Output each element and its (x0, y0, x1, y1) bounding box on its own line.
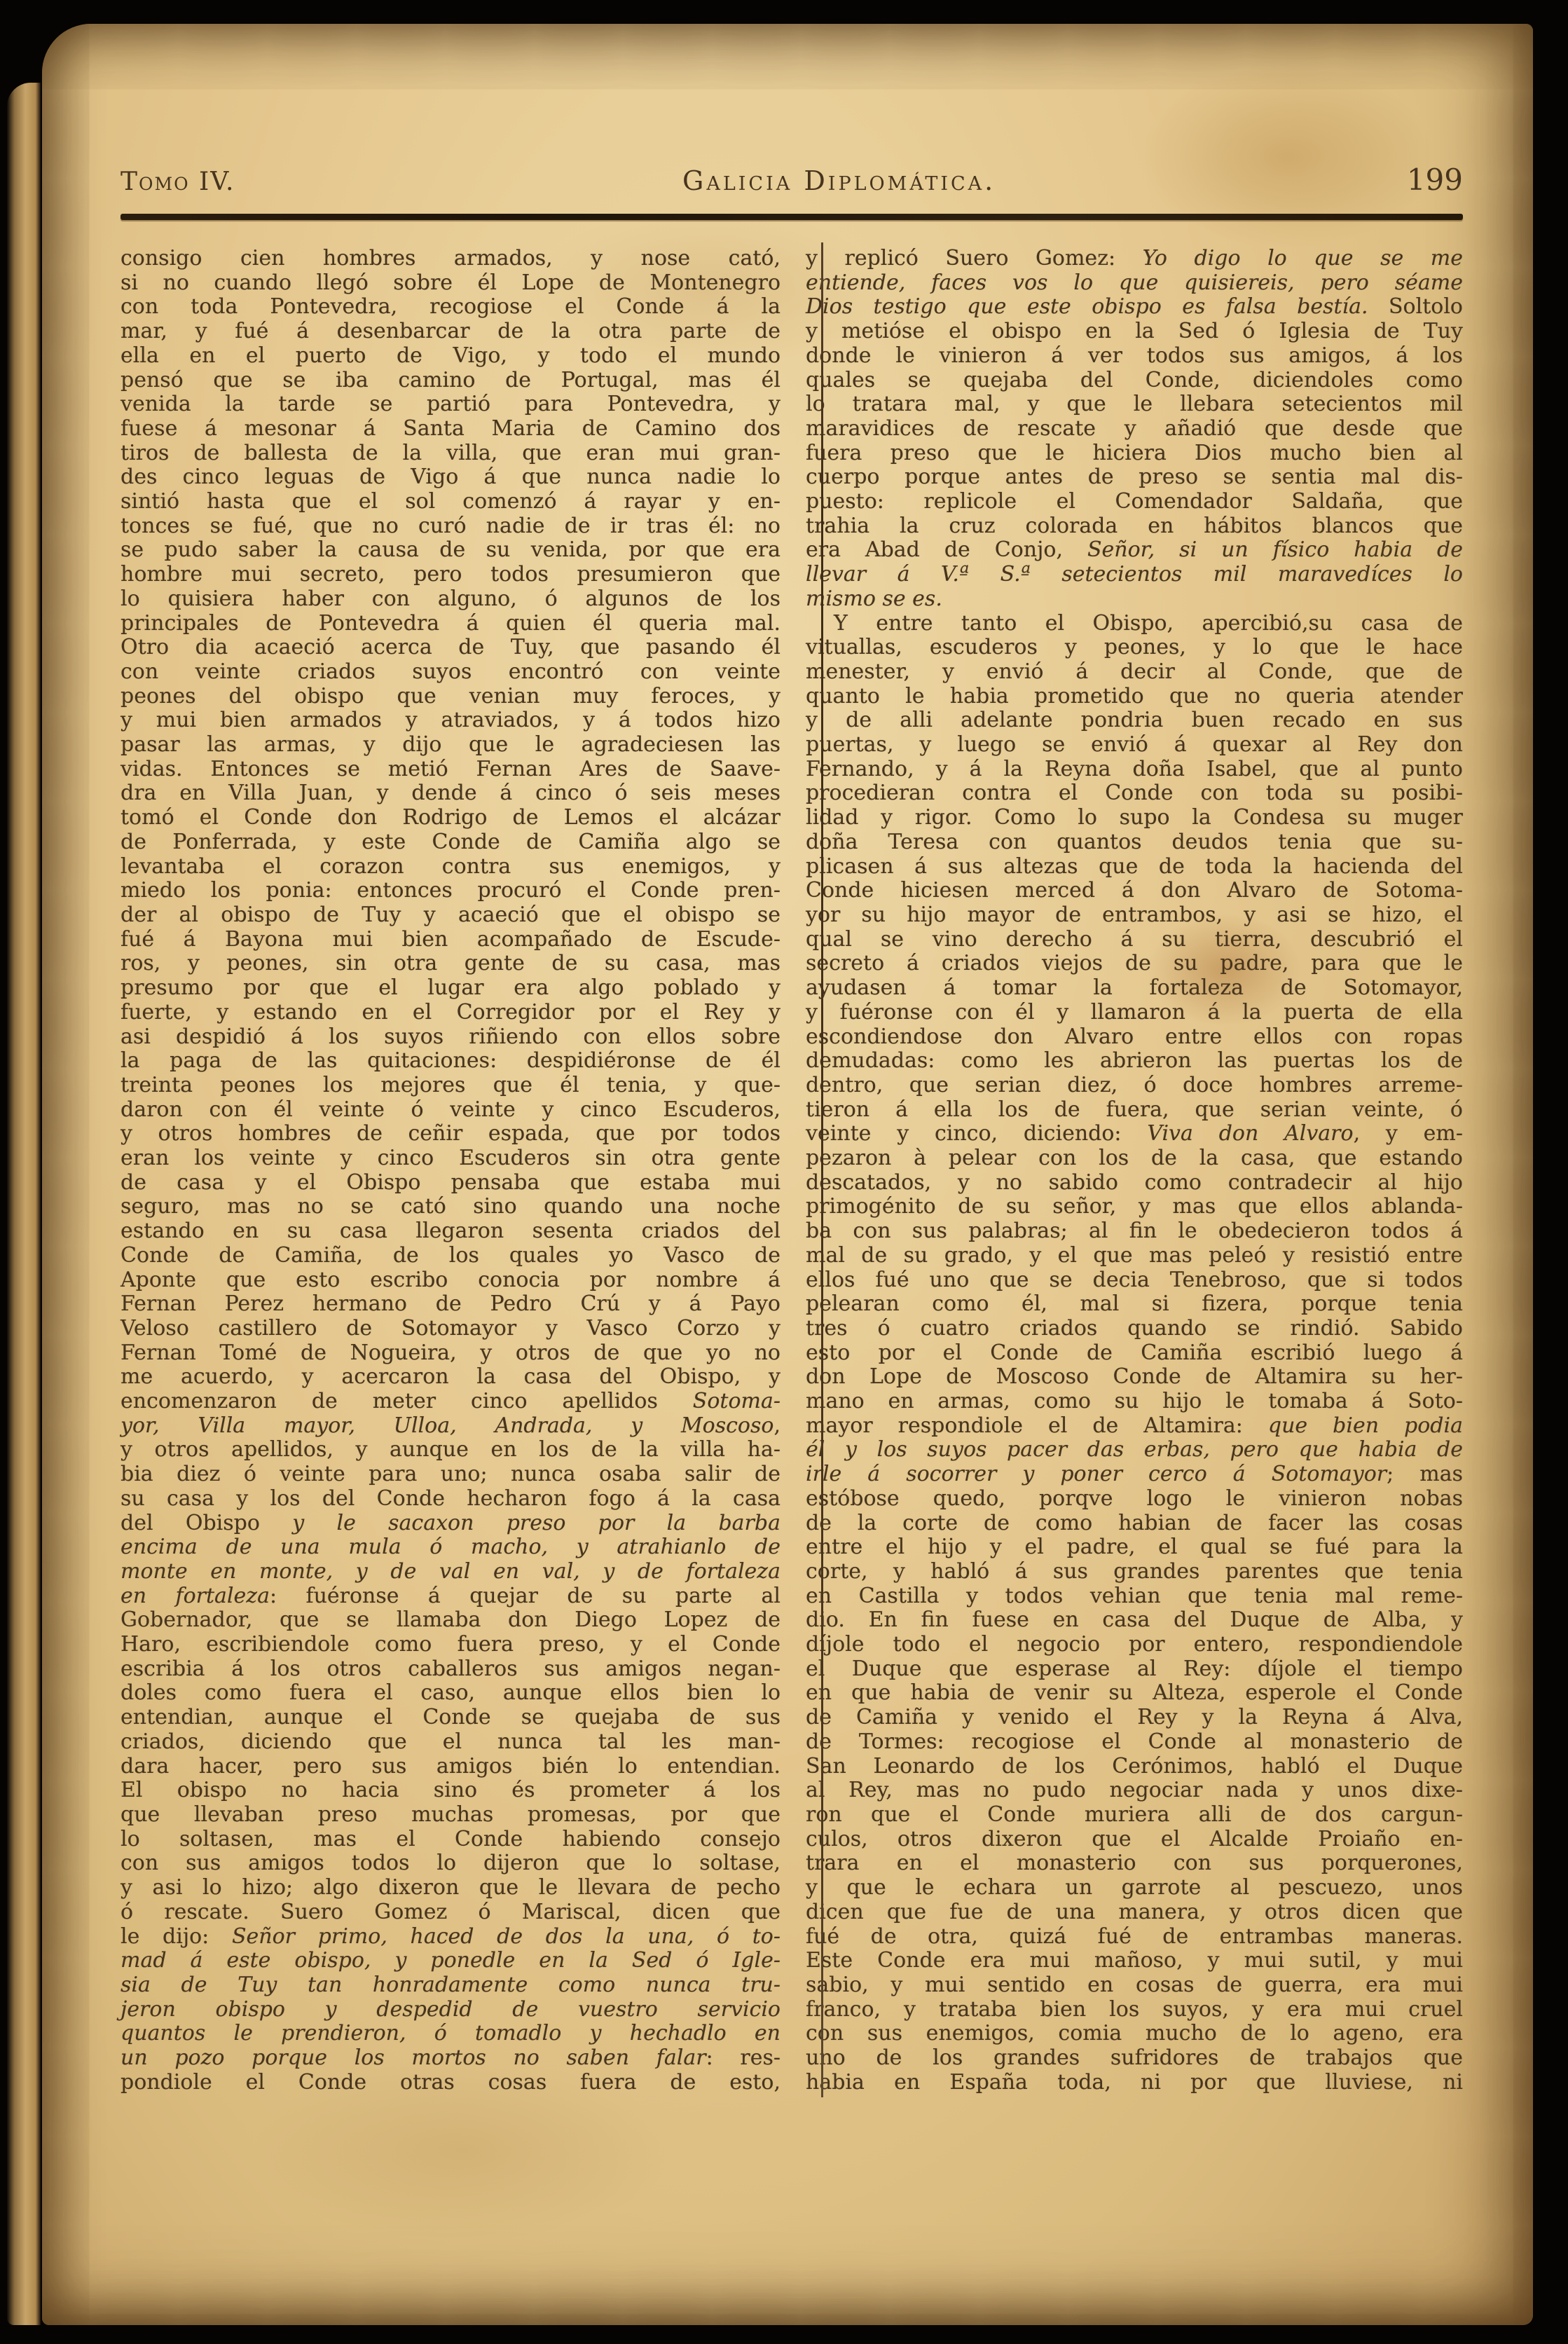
text-line: en fortaleza: fuéronse á quejar de su pa… (121, 1584, 780, 1609)
text-line: y replicó Suero Gomez: Yo digo lo que se… (806, 247, 1463, 271)
text-line: doña Teresa con quantos deudos tenia que… (806, 830, 1463, 855)
column-left: consigo cien hombres armados, y nose cat… (121, 247, 780, 2095)
text-line: secreto á criados viejos de su padre, pa… (806, 952, 1463, 976)
text-line: su casa y los del Conde hecharon fogo á … (121, 1487, 780, 1512)
text-line: Y entre tanto el Obispo, apercibió,su ca… (806, 612, 1463, 636)
text-line: pelearan como él, mal si fizera, porque … (806, 1292, 1463, 1317)
text-line: me acuerdo, y acercaron la casa del Obis… (121, 1365, 780, 1390)
text-line: dio. En fin fuese en casa del Duque de A… (806, 1608, 1463, 1633)
text-line: jeron obispo y despedid de vuestro servi… (121, 1998, 780, 2022)
text-line: lo tratara mal, y que le llebara setecie… (806, 392, 1463, 417)
text-line: mad á este obispo, y ponedle en la Sed ó… (121, 1949, 780, 1973)
text-line: El obispo no hacia sino és prometer á lo… (121, 1778, 780, 1803)
running-header: Tomo IV. Galicia Diplomática. 199 (121, 163, 1463, 197)
text-line: der al obispo de Tuy y acaeció que el ob… (121, 903, 780, 928)
text-line: del Obispo y le sacaxon preso por la bar… (121, 1512, 780, 1536)
text-line: Fernando, y á la Reyna doña Isabel, que … (806, 758, 1463, 782)
text-line: y que le echara un garrote al pescuezo, … (806, 1876, 1463, 1900)
text-line: veinte y cinco, diciendo: Viva don Alvar… (806, 1122, 1463, 1146)
text-line: sintió hasta que el sol comenzó á rayar … (121, 490, 780, 514)
text-line: corte, y habló á sus grandes parentes qu… (806, 1560, 1463, 1584)
text-line: procedieran contra el Conde con toda su … (806, 781, 1463, 806)
text-line: de la corte de como habian de facer las … (806, 1512, 1463, 1536)
text-line: presumo por que el lugar era algo poblad… (121, 976, 780, 1001)
text-line: mayor respondiole el de Altamira: que bi… (806, 1414, 1463, 1439)
text-line: ellos fué uno que se decia Tenebroso, qu… (806, 1268, 1463, 1293)
text-line: tieron á ella los de fuera, que serian v… (806, 1098, 1463, 1123)
text-line: de casa y el Obispo pensaba que estaba m… (121, 1171, 780, 1195)
text-line: un pozo porque los mortos no saben falar… (121, 2046, 780, 2071)
text-line: monte en monte, y de val en val, y de fo… (121, 1560, 780, 1584)
text-line: culos, otros dixeron que el Alcalde Proi… (806, 1828, 1463, 1852)
text-line: daron con él veinte ó veinte y cinco Esc… (121, 1098, 780, 1123)
text-line: primogénito de su señor, y mas que ellos… (806, 1195, 1463, 1219)
text-line: y otros apellidos, y aunque en los de la… (121, 1438, 780, 1462)
text-line: hombre mui secreto, pero todos presumier… (121, 563, 780, 587)
text-line: pezaron à pelear con los de la casa, que… (806, 1146, 1463, 1171)
text-line: seguro, mas no se cató sino quando una n… (121, 1195, 780, 1219)
text-line: ó rescate. Suero Gomez ó Mariscal, dicen… (121, 1900, 780, 1925)
text-line: consigo cien hombres armados, y nose cat… (121, 247, 780, 271)
text-line: y fuéronse con él y llamaron á la puerta… (806, 1001, 1463, 1025)
text-line: don Lope de Moscoso Conde de Altamira su… (806, 1365, 1463, 1390)
text-line: habia en España toda, ni por que lluvies… (806, 2071, 1463, 2095)
text-line: si no cuando llegó sobre él Lope de Mont… (121, 271, 780, 296)
text-line: Dios testigo que este obispo es falsa be… (806, 295, 1463, 320)
text-line: que llevaban preso muchas promesas, por … (121, 1803, 780, 1828)
text-line: pensó que se iba camino de Portugal, mas… (121, 369, 780, 393)
text-line: sabio, y mui sentido en cosas de guerra,… (806, 1973, 1463, 1998)
text-line: lo soltasen, mas el Conde habiendo conse… (121, 1828, 780, 1852)
text-line: de Ponferrada, y este Conde de Camiña al… (121, 830, 780, 855)
text-line: escondiendose don Alvaro entre ellos con… (806, 1025, 1463, 1050)
text-line: entre el hijo y el padre, el qual se fué… (806, 1535, 1463, 1560)
text-line: maravidices de rescate y añadió que desd… (806, 417, 1463, 441)
text-line: demudadas: como les abrieron las puertas… (806, 1049, 1463, 1074)
text-line: trahia la cruz colorada en hábitos blanc… (806, 514, 1463, 539)
text-line: entiende, faces vos lo que quisiereis, p… (806, 271, 1463, 296)
text-line: con toda Pontevedra, recogiose el Conde … (121, 295, 780, 320)
text-line: la paga de las quitaciones: despidiérons… (121, 1049, 780, 1074)
text-line: qual se vino derecho á su tierra, descub… (806, 928, 1463, 952)
text-line: llevar á V.ª S.ª setecientos mil maraved… (806, 563, 1463, 587)
text-line: y metióse el obispo en la Sed ó Iglesia … (806, 320, 1463, 344)
text-line: Fernan Perez hermano de Pedro Crú y á Pa… (121, 1292, 780, 1317)
text-line: bia diez ó veinte para uno; nunca osaba … (121, 1462, 780, 1487)
text-line: vituallas, escuderos y peones, y lo que … (806, 636, 1463, 660)
text-line: menester, y envió á decir al Conde, que … (806, 660, 1463, 685)
book-page: Tomo IV. Galicia Diplomática. 199 consig… (42, 24, 1533, 2325)
text-line: ron que el Conde muriera alli de dos car… (806, 1803, 1463, 1828)
text-line: el Duque que esperase al Rey: díjole el … (806, 1657, 1463, 1682)
text-line: quales se quejaba del Conde, diciendoles… (806, 369, 1463, 393)
text-line: puesto: replicole el Comendador Saldaña,… (806, 490, 1463, 514)
text-line: encima de una mula ó macho, y atrahianlo… (121, 1535, 780, 1560)
text-line: des cinco leguas de Vigo á que nunca nad… (121, 465, 780, 490)
text-line: criados, diciendo que el nunca tal les m… (121, 1730, 780, 1755)
text-line: yor su hijo mayor de entrambos, y asi se… (806, 903, 1463, 928)
text-line: Fernan Tomé de Nogueira, y otros de que … (121, 1341, 780, 1366)
text-line: con veinte criados suyos encontró con ve… (121, 660, 780, 685)
text-line: fuese á mesonar á Santa Maria de Camino … (121, 417, 780, 441)
text-line: fué á Bayona mui bien acompañado de Escu… (121, 928, 780, 952)
text-line: yor, Villa mayor, Ulloa, Andrada, y Mosc… (121, 1414, 780, 1439)
text-line: franco, y trataba bien los suyos, y era … (806, 1998, 1463, 2022)
text-line: con sus enemigos, comia mucho de lo agen… (806, 2022, 1463, 2046)
text-line: se pudo saber la causa de su venida, por… (121, 538, 780, 563)
text-line: de Tormes: recogiose el Conde al monaste… (806, 1730, 1463, 1755)
text-line: dara hacer, pero sus amigos bién lo ente… (121, 1755, 780, 1779)
text-line: esto por el Conde de Camiña escribió lue… (806, 1341, 1463, 1366)
text-line: tonces se fué, que no curó nadie de ir t… (121, 514, 780, 539)
text-line: puertas, y luego se envió á quexar al Re… (806, 733, 1463, 758)
text-line: dentro, que serian diez, ó doce hombres … (806, 1074, 1463, 1098)
previous-page-edge (7, 83, 41, 2325)
text-line: estóbose quedo, porqve logo le vinieron … (806, 1487, 1463, 1512)
text-line: trara en el monasterio con sus porqueron… (806, 1851, 1463, 1876)
text-line: con sus amigos todos lo dijeron que lo s… (121, 1851, 780, 1876)
text-line: mar, y fué á desenbarcar de la otra part… (121, 320, 780, 344)
text-line: asi despidió á los suyos riñiendo con el… (121, 1025, 780, 1050)
text-line: en Castilla y todos vehian que tenia mal… (806, 1584, 1463, 1609)
text-line: al Rey, mas no pudo negociar nada y unos… (806, 1778, 1463, 1803)
text-line: tiros de ballesta de la villa, que eran … (121, 441, 780, 466)
text-line: escribia á los otros caballeros sus amig… (121, 1657, 780, 1682)
text-line: descatados, y no sabido como contradecir… (806, 1171, 1463, 1195)
text-line: ella en el puerto de Vigo, y todo el mun… (121, 344, 780, 369)
page-content: Tomo IV. Galicia Diplomática. 199 consig… (121, 24, 1463, 2095)
text-line: Este Conde era mui mañoso, y mui sutil, … (806, 1949, 1463, 1973)
text-line: treinta peones los mejores que él tenia,… (121, 1074, 780, 1098)
text-line: Conde de Camiña, de los quales yo Vasco … (121, 1244, 780, 1268)
text-line: quanto le habia prometido que no queria … (806, 685, 1463, 709)
text-columns: consigo cien hombres armados, y nose cat… (121, 247, 1463, 2095)
text-line: Haro, escribiendole como fuera preso, y … (121, 1633, 780, 1657)
text-line: entendian, aunque el Conde se quejaba de… (121, 1706, 780, 1730)
text-line: Conde hiciesen merced á don Alvaro de So… (806, 879, 1463, 903)
text-line: y mui bien armados y atraviados, y á tod… (121, 708, 780, 733)
column-right: y replicó Suero Gomez: Yo digo lo que se… (806, 247, 1463, 2095)
page-title: Galicia Diplomática. (682, 165, 996, 196)
text-line: Otro dia acaeció acerca de Tuy, que pasa… (121, 636, 780, 660)
text-line: y otros hombres de ceñir espada, que por… (121, 1122, 780, 1146)
text-line: fuera preso que le hiciera Dios mucho bi… (806, 441, 1463, 466)
text-line: y asi lo hizo; algo dixeron que le lleva… (121, 1876, 780, 1900)
header-rule (121, 214, 1463, 220)
text-line: él y los suyos pacer das erbas, pero que… (806, 1438, 1463, 1462)
column-divider (821, 242, 823, 2097)
text-line: en que habia de venir su Alteza, esperol… (806, 1681, 1463, 1706)
text-line: fuerte, y estando en el Corregidor por e… (121, 1001, 780, 1025)
text-line: doles como fuera el caso, aunque ellos b… (121, 1681, 780, 1706)
text-line: dra en Villa Juan, y dende á cinco ó sei… (121, 781, 780, 806)
text-line: miedo los ponia: entonces procuró el Con… (121, 879, 780, 903)
text-line: sia de Tuy tan honradamente como nunca t… (121, 1973, 780, 1998)
text-line: venida la tarde se partió para Pontevedr… (121, 392, 780, 417)
text-line: donde le vinieron á ver todos sus amigos… (806, 344, 1463, 369)
text-line: pasar las armas, y dijo que le agradecie… (121, 733, 780, 758)
text-line: encomenzaron de meter cinco apellidos So… (121, 1390, 780, 1414)
text-line: mismo se es. (806, 587, 1463, 612)
text-line: San Leonardo de los Cerónimos, habló el … (806, 1755, 1463, 1779)
text-line: pondiole el Conde otras cosas fuera de e… (121, 2071, 780, 2095)
text-line: ba con sus palabras; al fin le obedecier… (806, 1219, 1463, 1244)
text-line: de Camiña y venido el Rey y la Reyna á A… (806, 1706, 1463, 1730)
text-line: estando en su casa llegaron sesenta cria… (121, 1219, 780, 1244)
text-line: plicasen á sus altezas que de toda la ha… (806, 855, 1463, 879)
text-line: vidas. Entonces se metió Fernan Ares de … (121, 758, 780, 782)
text-line: lidad y rigor. Como lo supo la Condesa s… (806, 806, 1463, 830)
text-line: mano en armas, como su hijo le tomaba á … (806, 1390, 1463, 1414)
text-line: Aponte que esto escribo conocia por nomb… (121, 1268, 780, 1293)
text-line: uno de los grandes sufridores de trabajo… (806, 2046, 1463, 2071)
text-line: tres ó cuatro criados quando se rindió. … (806, 1317, 1463, 1341)
text-line: y de alli adelante pondria buen recado e… (806, 708, 1463, 733)
text-line: cuerpo porque antes de preso se sentia m… (806, 465, 1463, 490)
text-line: Gobernador, que se llamaba don Diego Lop… (121, 1608, 780, 1633)
text-line: peones del obispo que venian muy feroces… (121, 685, 780, 709)
text-line: fué de otra, quizá fué de entrambas mane… (806, 1925, 1463, 1949)
text-line: lo quisiera haber con alguno, ó algunos … (121, 587, 780, 612)
text-line: irle á socorrer y poner cerco á Sotomayo… (806, 1462, 1463, 1487)
text-line: mal de su grado, y el que mas peleó y re… (806, 1244, 1463, 1268)
text-line: quantos le prendieron, ó tomadlo y hecha… (121, 2022, 780, 2046)
volume-label: Tomo IV. (121, 167, 235, 196)
text-line: le dijo: Señor primo, haced de dos la un… (121, 1925, 780, 1949)
text-line: Veloso castillero de Sotomayor y Vasco C… (121, 1317, 780, 1341)
text-line: ros, y peones, sin otra gente de su casa… (121, 952, 780, 976)
text-line: dicen que fue de una manera, y otros dic… (806, 1900, 1463, 1925)
text-line: ayudasen á tomar la fortaleza de Sotomay… (806, 976, 1463, 1001)
page-number: 199 (1407, 163, 1463, 197)
text-line: levantaba el corazon contra sus enemigos… (121, 855, 780, 879)
text-line: díjole todo el negocio por entero, respo… (806, 1633, 1463, 1657)
text-line: eran los veinte y cinco Escuderos sin ot… (121, 1146, 780, 1171)
text-line: era Abad de Conjo, Señor, si un físico h… (806, 538, 1463, 563)
text-line: tomó el Conde don Rodrigo de Lemos el al… (121, 806, 780, 830)
text-line: principales de Pontevedra á quien él que… (121, 612, 780, 636)
